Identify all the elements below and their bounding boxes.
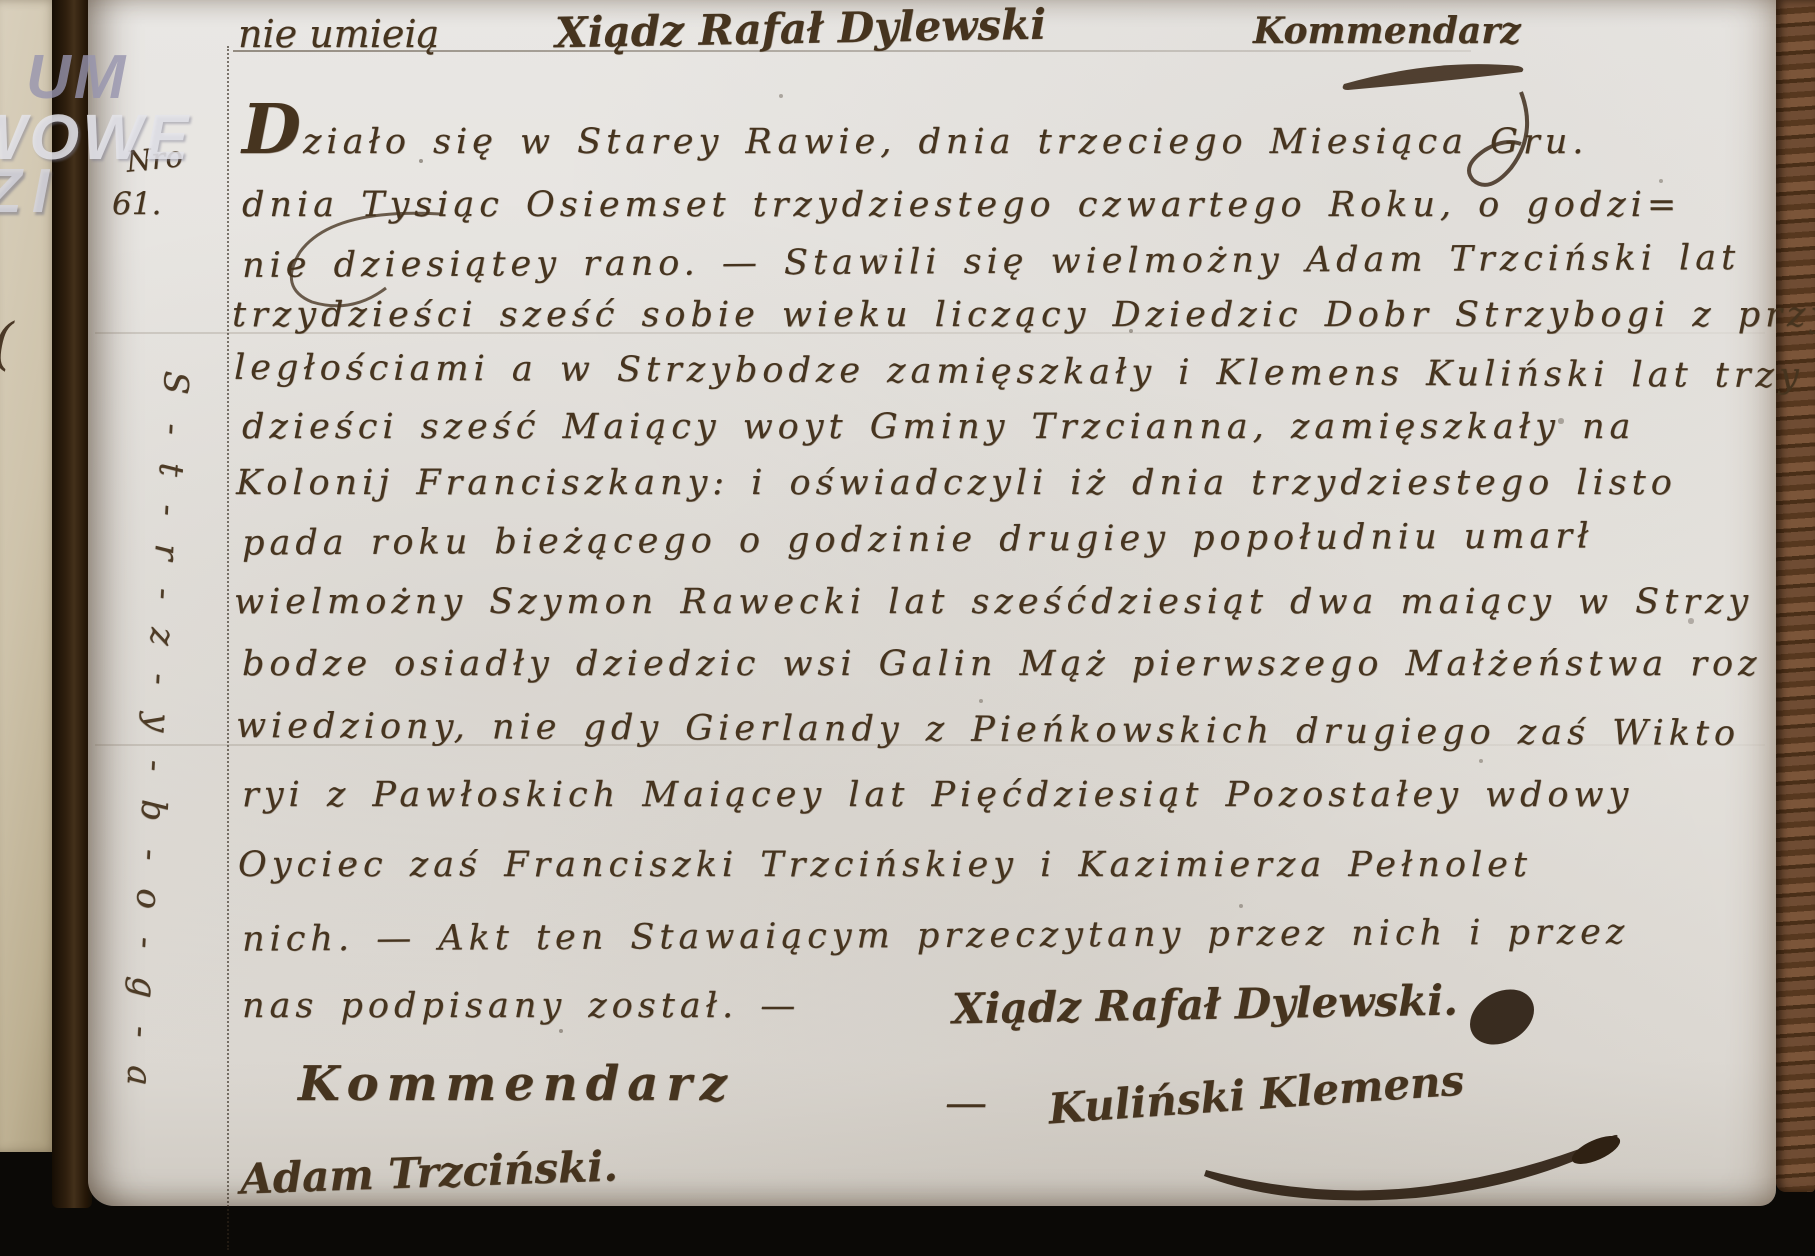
previous-record-priest-name: Xiądz Rafał Dylewski: [555, 0, 1047, 57]
register-scan: ( UM WOWE ZI nie umieią Xiądz Rafał Dyle…: [0, 0, 1815, 1256]
record-line: nich. — Akt ten Stawaiącym przeczytany p…: [242, 912, 1629, 959]
paper-speckles: [0, 0, 2, 2]
record-line: Oyciec zaś Franciszki Trzcińskiey i Kazi…: [238, 845, 1532, 885]
record-line: wielmożny Szymon Rawecki lat sześćdziesi…: [234, 582, 1753, 622]
record-line: trzydzieści sześć sobie wieku liczący Dz…: [232, 295, 1815, 335]
record-line: pada roku bieżącego o godzinie drugiey p…: [242, 516, 1594, 563]
priest-title-signature: Kommendarz: [298, 1056, 735, 1112]
signature-swash: [1198, 1124, 1628, 1204]
record-line: dnia Tysiąc Osiemset trzydziestego czwar…: [242, 185, 1681, 225]
record-line: nas podpisany został. —: [242, 986, 800, 1026]
record-line: ległościami a w Strzybodze zamięszkały i…: [234, 348, 1804, 396]
record-line: wiedziony, nie gdy Gierlandy z Pieńkowsk…: [236, 706, 1740, 754]
record-number-label: Nro: [124, 139, 184, 179]
record-line: dzieści sześć Maiący woyt Gminy Trzciann…: [242, 407, 1635, 447]
priest-signature: Xiądz Rafał Dylewski.: [952, 976, 1459, 1034]
book-gutter: [52, 0, 92, 1208]
record-line: Działo się w Starey Rawie, dnia trzecieg…: [242, 115, 1588, 162]
previous-record-priest-title: Kommendarz: [1253, 10, 1521, 52]
book-cover-edge: [1776, 0, 1815, 1192]
stray-ink-mark: (: [0, 312, 14, 377]
record-line: ryi z Pawłoskich Maiącey lat Pięćdziesią…: [242, 775, 1633, 815]
record-line: Kolonij Franciszkany: i oświadczyli iż d…: [236, 463, 1677, 503]
previous-record-phrase: nie umieią: [238, 12, 439, 56]
record-line: bodze osiadły dziedzic wsi Galin Mąż pie…: [242, 644, 1762, 684]
previous-page-edge: [0, 0, 58, 1152]
record-line: nie dziesiątey rano. — Stawili się wielm…: [242, 238, 1740, 286]
record-number: 61.: [112, 186, 161, 222]
signature-dash: —: [945, 1078, 987, 1127]
margin-rule: [227, 46, 229, 1250]
